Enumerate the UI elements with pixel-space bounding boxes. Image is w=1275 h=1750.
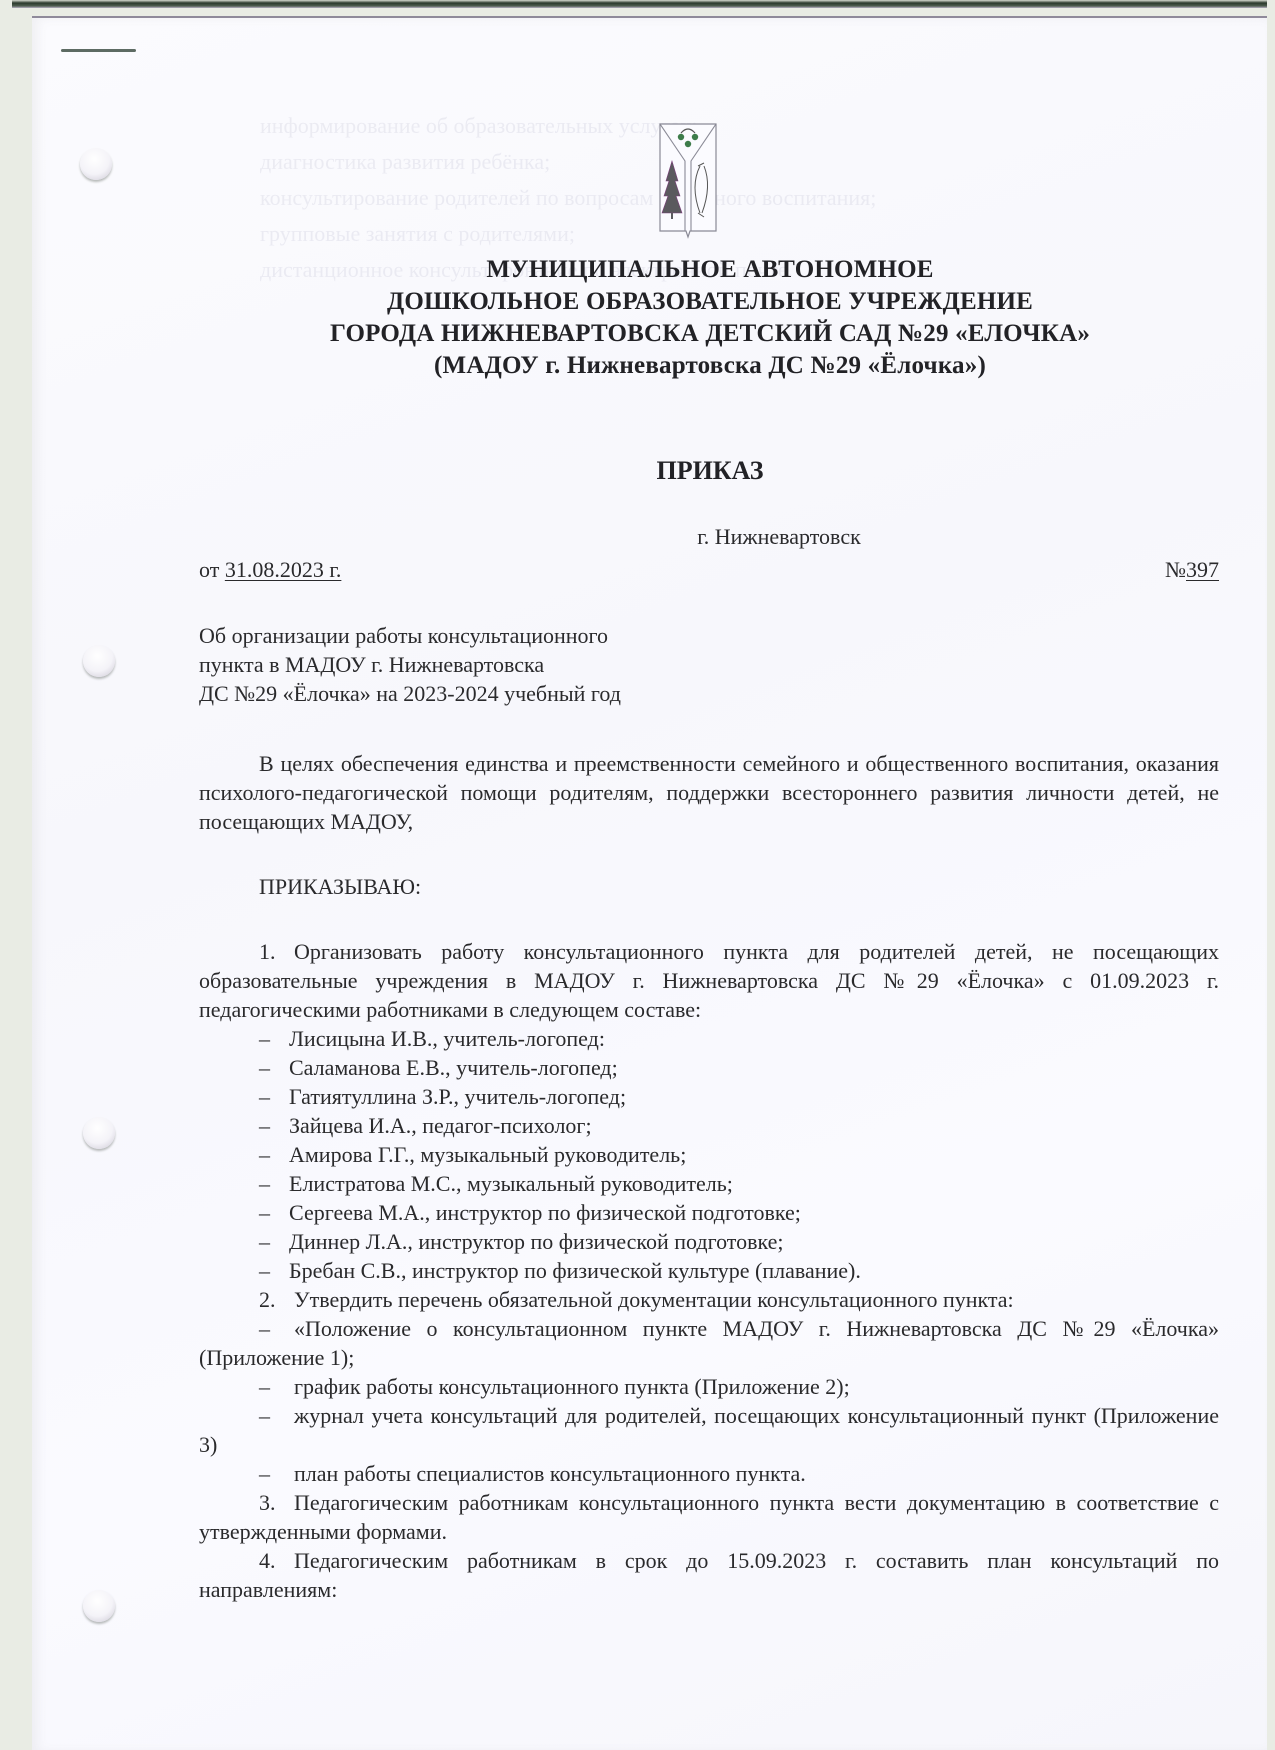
preamble: В целях обеспечения единства и преемстве…	[199, 749, 1219, 836]
city: г. Нижневартовск	[180, 524, 1240, 550]
staff-list: –Лисицына И.В., учитель-логопед: –Салама…	[199, 1024, 1219, 1285]
city-coat-of-arms-icon	[658, 121, 718, 239]
list-item: –«Положение о консультационном пункте МА…	[199, 1314, 1219, 1372]
item-4: 4.Педагогическим работникам в срок до 15…	[199, 1546, 1219, 1604]
list-item: –журнал учета консультаций для родителей…	[199, 1401, 1219, 1459]
item-1: 1.Организовать работу консультационного …	[199, 937, 1219, 1024]
header-line: ДОШКОЛЬНОЕ ОБРАЗОВАТЕЛЬНОЕ УЧРЕЖДЕНИЕ	[180, 286, 1240, 318]
list-item: –Сергеева М.А., инструктор по физической…	[199, 1198, 1219, 1227]
punch-hole	[83, 645, 115, 677]
punch-hole	[80, 148, 112, 180]
date-value: 31.08.2023 г.	[225, 557, 342, 582]
date-number-line: от 31.08.2023 г. №397	[199, 557, 1219, 583]
institution-header: МУНИЦИПАЛЬНОЕ АВТОНОМНОЕ ДОШКОЛЬНОЕ ОБРА…	[180, 254, 1240, 382]
list-item: –Амирова Г.Г., музыкальный руководитель;	[199, 1140, 1219, 1169]
punch-hole	[83, 1590, 115, 1622]
header-line: (МАДОУ г. Нижневартовска ДС №29 «Ёлочка»…	[180, 350, 1240, 382]
order-word: ПРИКАЗЫВАЮ:	[199, 872, 1219, 901]
header-line: ГОРОДА НИЖНЕВАРТОВСКА ДЕТСКИЙ САД №29 «Е…	[180, 318, 1240, 350]
list-item: –план работы специалистов консультационн…	[199, 1459, 1219, 1488]
list-item: –Зайцева И.А., педагог-психолог;	[199, 1111, 1219, 1140]
order-subject: Об организации работы консультационного …	[199, 621, 621, 708]
list-item: –график работы консультационного пункта …	[199, 1372, 1219, 1401]
corner-mark	[61, 49, 136, 52]
list-item: –Лисицына И.В., учитель-логопед:	[199, 1024, 1219, 1053]
item-3: 3.Педагогическим работникам консультацио…	[199, 1488, 1219, 1546]
scan-edge	[12, 0, 1267, 8]
list-item: –Елистратова М.С., музыкальный руководит…	[199, 1169, 1219, 1198]
number-value: 397	[1186, 557, 1219, 582]
list-item: –Бребан С.В., инструктор по физической к…	[199, 1256, 1219, 1285]
order-number: №397	[1165, 557, 1219, 583]
list-item: –Гатиятуллина З.Р., учитель-логопед;	[199, 1082, 1219, 1111]
list-item: –Саламанова Е.В., учитель-логопед;	[199, 1053, 1219, 1082]
list-item: –Диннер Л.А., инструктор по физической п…	[199, 1227, 1219, 1256]
order-items: 1.Организовать работу консультационного …	[199, 937, 1219, 1604]
punch-hole	[83, 1117, 115, 1149]
order-title: ПРИКАЗ	[180, 456, 1240, 486]
header-line: МУНИЦИПАЛЬНОЕ АВТОНОМНОЕ	[180, 254, 1240, 286]
item-2: 2.Утвердить перечень обязательной докуме…	[199, 1285, 1219, 1314]
order-date: от 31.08.2023 г.	[199, 557, 341, 583]
